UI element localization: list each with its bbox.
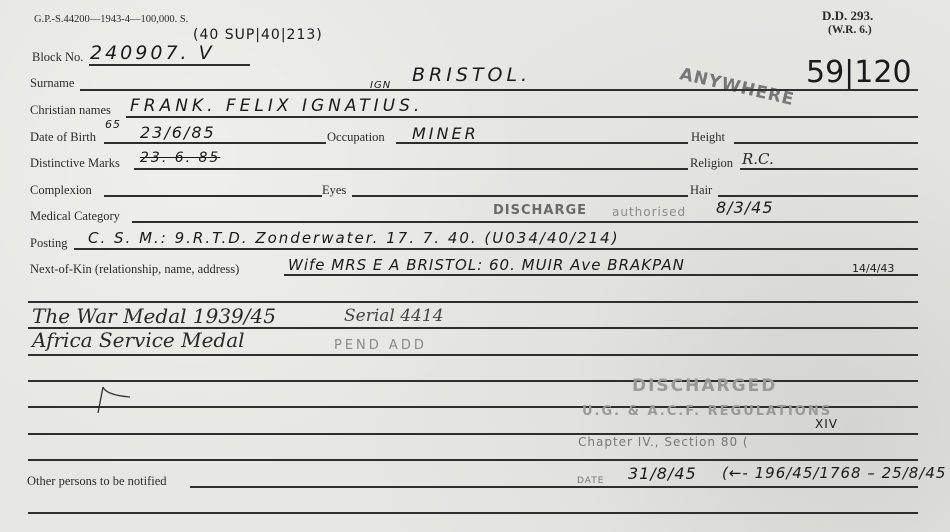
eyes-label: Eyes bbox=[322, 183, 346, 198]
surname-line bbox=[80, 89, 918, 91]
surname-label: Surname bbox=[30, 76, 74, 91]
discharged-stamp-date: 31/8/45 bbox=[628, 464, 697, 483]
pen-mark bbox=[90, 385, 135, 420]
other-persons-label: Other persons to be notified bbox=[27, 474, 167, 489]
christian-names-label: Christian names bbox=[30, 103, 111, 118]
blank-line-8 bbox=[28, 512, 918, 514]
discharge-stamp-bold: DISCHARGE bbox=[493, 203, 587, 218]
occupation-value[interactable]: MINER bbox=[412, 124, 479, 143]
file-number: 59|120 bbox=[806, 55, 912, 90]
blank-line-3 bbox=[28, 354, 918, 356]
medal-note-2: Africa Service Medal bbox=[32, 328, 245, 352]
block-no-label: Block No. bbox=[32, 50, 83, 65]
other-persons-line bbox=[190, 486, 918, 488]
block-no-line bbox=[89, 64, 250, 66]
form-sub-number: (W.R. 6.) bbox=[828, 24, 872, 36]
discharged-stamp-reference: (←- 196/45/1768 – 25/8/45 bbox=[722, 464, 946, 482]
discharged-stamp-roman: XIV bbox=[815, 417, 838, 431]
blank-line-7 bbox=[28, 459, 918, 461]
height-label: Height bbox=[691, 130, 725, 145]
blank-line-6 bbox=[28, 433, 918, 435]
discharge-date: 8/3/45 bbox=[716, 198, 774, 217]
medal-note-1-suffix: Serial 4414 bbox=[344, 306, 444, 326]
christian-names-line bbox=[126, 116, 918, 118]
complexion-label: Complexion bbox=[30, 183, 92, 198]
anywhere-stamp: ANYWHERE bbox=[678, 64, 797, 110]
distinctive-marks-label: Distinctive Marks bbox=[30, 156, 120, 171]
christian-names-value[interactable]: FRANK. FELIX IGNATIUS. bbox=[130, 96, 423, 116]
next-of-kin-label: Next-of-Kin (relationship, name, address… bbox=[30, 262, 239, 277]
discharged-stamp-date-label: DATE bbox=[577, 476, 604, 486]
religion-label: Religion bbox=[690, 156, 733, 171]
print-code: G.P.-S.44200—1943-4—100,000. S. bbox=[34, 14, 188, 25]
block-no-annotation: (40 SUP|40|213) bbox=[193, 27, 323, 43]
discharged-stamp-title: DISCHARGED bbox=[632, 376, 777, 396]
eyes-line bbox=[352, 195, 688, 197]
next-of-kin-line bbox=[284, 274, 918, 276]
height-line bbox=[734, 142, 918, 144]
discharged-stamp-chapter: Chapter IV., Section 80 ( bbox=[578, 435, 749, 449]
block-no-value[interactable]: 240907. V bbox=[90, 42, 215, 64]
dob-line bbox=[104, 142, 326, 144]
dob-value[interactable]: 23/6/85 bbox=[140, 123, 216, 142]
next-of-kin-date: 14/4/43 bbox=[852, 262, 894, 275]
dob-label: Date of Birth bbox=[30, 130, 96, 145]
surname-value[interactable]: BRISTOL. bbox=[412, 64, 531, 86]
hair-line bbox=[718, 195, 918, 197]
occupation-label: Occupation bbox=[327, 130, 385, 145]
blank-line-4 bbox=[28, 380, 918, 382]
posting-line bbox=[74, 248, 918, 250]
service-record-card: G.P.-S.44200—1943-4—100,000. S. D.D. 293… bbox=[0, 0, 950, 532]
medal-note-2-suffix: PEND ADD bbox=[334, 338, 427, 353]
medical-category-line bbox=[132, 221, 918, 223]
religion-value[interactable]: R.C. bbox=[742, 150, 774, 168]
blank-line-1 bbox=[28, 301, 918, 303]
medical-category-label: Medical Category bbox=[30, 209, 120, 224]
religion-line bbox=[740, 168, 918, 170]
dob-prefix: 65 bbox=[105, 118, 121, 131]
posting-label: Posting bbox=[30, 236, 68, 251]
hair-label: Hair bbox=[690, 183, 712, 198]
christian-names-insertion: IGN bbox=[370, 80, 391, 91]
distinctive-marks-line bbox=[134, 168, 688, 170]
discharge-stamp-text: authorised bbox=[612, 205, 686, 219]
distinctive-marks-value[interactable]: 23. 6. 85 bbox=[140, 150, 220, 166]
medal-note-1: The War Medal 1939/45 bbox=[32, 304, 276, 328]
posting-value[interactable]: C. S. M.: 9.R.T.D. Zonderwater. 17. 7. 4… bbox=[88, 229, 620, 247]
discharged-stamp-regulations: U.G. & A.C.F. REGULATIONS bbox=[582, 404, 832, 419]
next-of-kin-value[interactable]: Wife MRS E A BRISTOL: 60. MUIR Ave BRAKP… bbox=[288, 256, 685, 274]
complexion-line bbox=[104, 195, 322, 197]
form-number: D.D. 293. bbox=[822, 8, 873, 24]
